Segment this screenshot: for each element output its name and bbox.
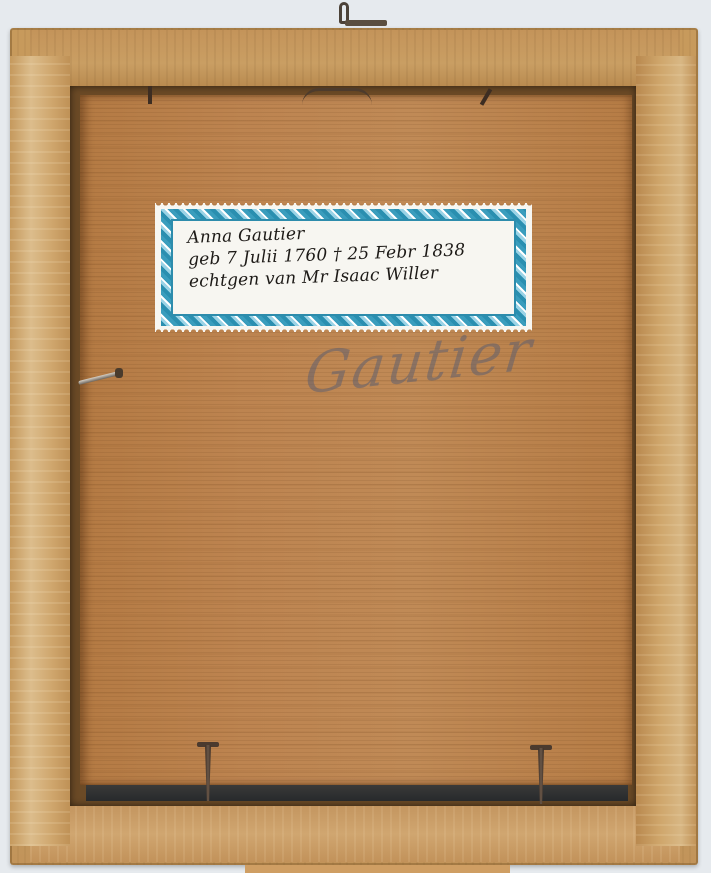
wooden-back-panel [80,95,632,785]
tack-top-left [148,86,152,104]
label-handwriting: Anna Gautier geb 7 Julii 1760 † 25 Febr … [187,216,516,293]
frame-top-rail [30,30,680,86]
photo-scene: Anna Gautier geb 7 Julii 1760 † 25 Febr … [0,0,711,873]
frame-left-stile [10,56,70,846]
side-nail-head [115,368,123,378]
top-wire-clip [302,88,372,105]
frame-right-stile [636,56,696,846]
frame-bottom-rail [30,806,680,862]
display-stand [245,865,510,873]
inscription-label: Anna Gautier geb 7 Julii 1760 † 25 Febr … [155,203,532,332]
hanger-plate [345,20,387,26]
panel-bottom-gap [86,785,628,801]
